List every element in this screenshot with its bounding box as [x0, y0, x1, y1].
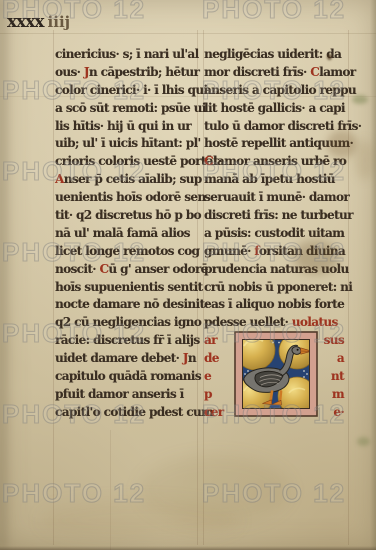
photo12-watermark: PHOTO 12 [2, 156, 146, 187]
ink-text: eas ī aliquo nobis forte [204, 297, 344, 311]
rubric-fragment-right: nt [331, 368, 344, 386]
manuscript-text-line: crū nobis ū pponeret: ni [204, 279, 348, 297]
photo12-watermark: PHOTO 12 [202, 399, 346, 430]
rubric-fragment-left: e [204, 368, 211, 386]
ink-text: seruauit ī munē· damor [204, 190, 349, 204]
photo12-watermark: PHOTO 12 [202, 0, 346, 25]
manuscript-text-line: discreti frīs: ne turbetur [204, 207, 348, 225]
photo12-watermark: PHOTO 12 [2, 75, 146, 106]
ruling-line-horizontal [0, 33, 376, 34]
manuscript-text-line: uib; ul' ī uicis hītant: pl' [55, 135, 197, 153]
photo12-watermark: PHOTO 12 [2, 478, 146, 509]
ruling-line-vertical [53, 30, 54, 545]
ink-text: uenientis hoīs odorē sen [55, 190, 206, 204]
photo-bottom-edge [0, 546, 376, 550]
manuscript-text-line: eas ī aliquo nobis forte [204, 296, 348, 314]
photo12-watermark: PHOTO 12 [2, 318, 146, 349]
photo12-watermark: PHOTO 12 [2, 237, 146, 268]
photo12-watermark: PHOTO 12 [2, 0, 146, 25]
manuscript-text-line: uidet damare debet· Jn [55, 350, 197, 368]
manuscript-text-line: lis hītis· hij ū qui in ur [55, 118, 197, 136]
ink-text: cinericius· s; ī nari ul'al [55, 47, 199, 61]
ink-text: hostē repellit antiquum· [204, 136, 353, 150]
manuscript-text-line: nocte damare nō desinit· [55, 296, 197, 314]
ink-text: uib; ul' ī uicis hītant: pl' [55, 136, 201, 150]
manuscript-text-line: capitulo quādā romanis [55, 368, 197, 386]
photo12-watermark: PHOTO 12 [202, 318, 346, 349]
ink-text: tit· q2 discretus hō p bo [55, 208, 201, 222]
manuscript-text-line: seruauit ī munē· damor [204, 189, 348, 207]
photo12-watermark: PHOTO 12 [202, 156, 346, 187]
ink-text: nocte damare nō desinit· [55, 297, 208, 311]
ink-text: negligēcias uiderit: da [204, 47, 341, 61]
photo12-watermark: PHOTO 12 [202, 237, 346, 268]
photo12-watermark: PHOTO 12 [202, 75, 346, 106]
photo-right-edge [370, 0, 376, 550]
ink-text: capitulo quādā romanis [55, 369, 201, 383]
manuscript-text-line: hostē repellit antiquum· [204, 135, 348, 153]
ink-text: n [188, 351, 196, 365]
manuscript-text-line: tulo ū damor discreti frīs· [204, 118, 348, 136]
manuscript-text-line: uenientis hoīs odorē sen [55, 189, 197, 207]
ink-text: crū nobis ū pponeret: ni [204, 280, 352, 294]
ink-text: tulo ū damor discreti frīs· [204, 119, 361, 133]
manuscript-text-line: negligēcias uiderit: da [204, 46, 348, 64]
ink-text: uidet damare debet· [55, 351, 183, 365]
manuscript-text-line: hoīs supuenientis sentit [55, 279, 197, 297]
ink-text: lis hītis· hij ū qui in ur [55, 119, 191, 133]
ink-text: discreti frīs: ne turbetur [204, 208, 353, 222]
manuscript-page-photo: xxxxiiij cinericius· s; ī nari ul'alous·… [0, 0, 376, 550]
manuscript-text-line: cinericius· s; ī nari ul'al [55, 46, 197, 64]
stain-green-mark-bottom [357, 437, 370, 446]
rubric-fragment-left: de [204, 350, 219, 368]
rubric-fragment-right: a [337, 350, 344, 368]
ink-text: hoīs supuenientis sentit [55, 280, 203, 294]
manuscript-text-line: tit· q2 discretus hō p bo [55, 207, 197, 225]
photo12-watermark: PHOTO 12 [202, 478, 346, 509]
photo12-watermark: PHOTO 12 [2, 399, 146, 430]
